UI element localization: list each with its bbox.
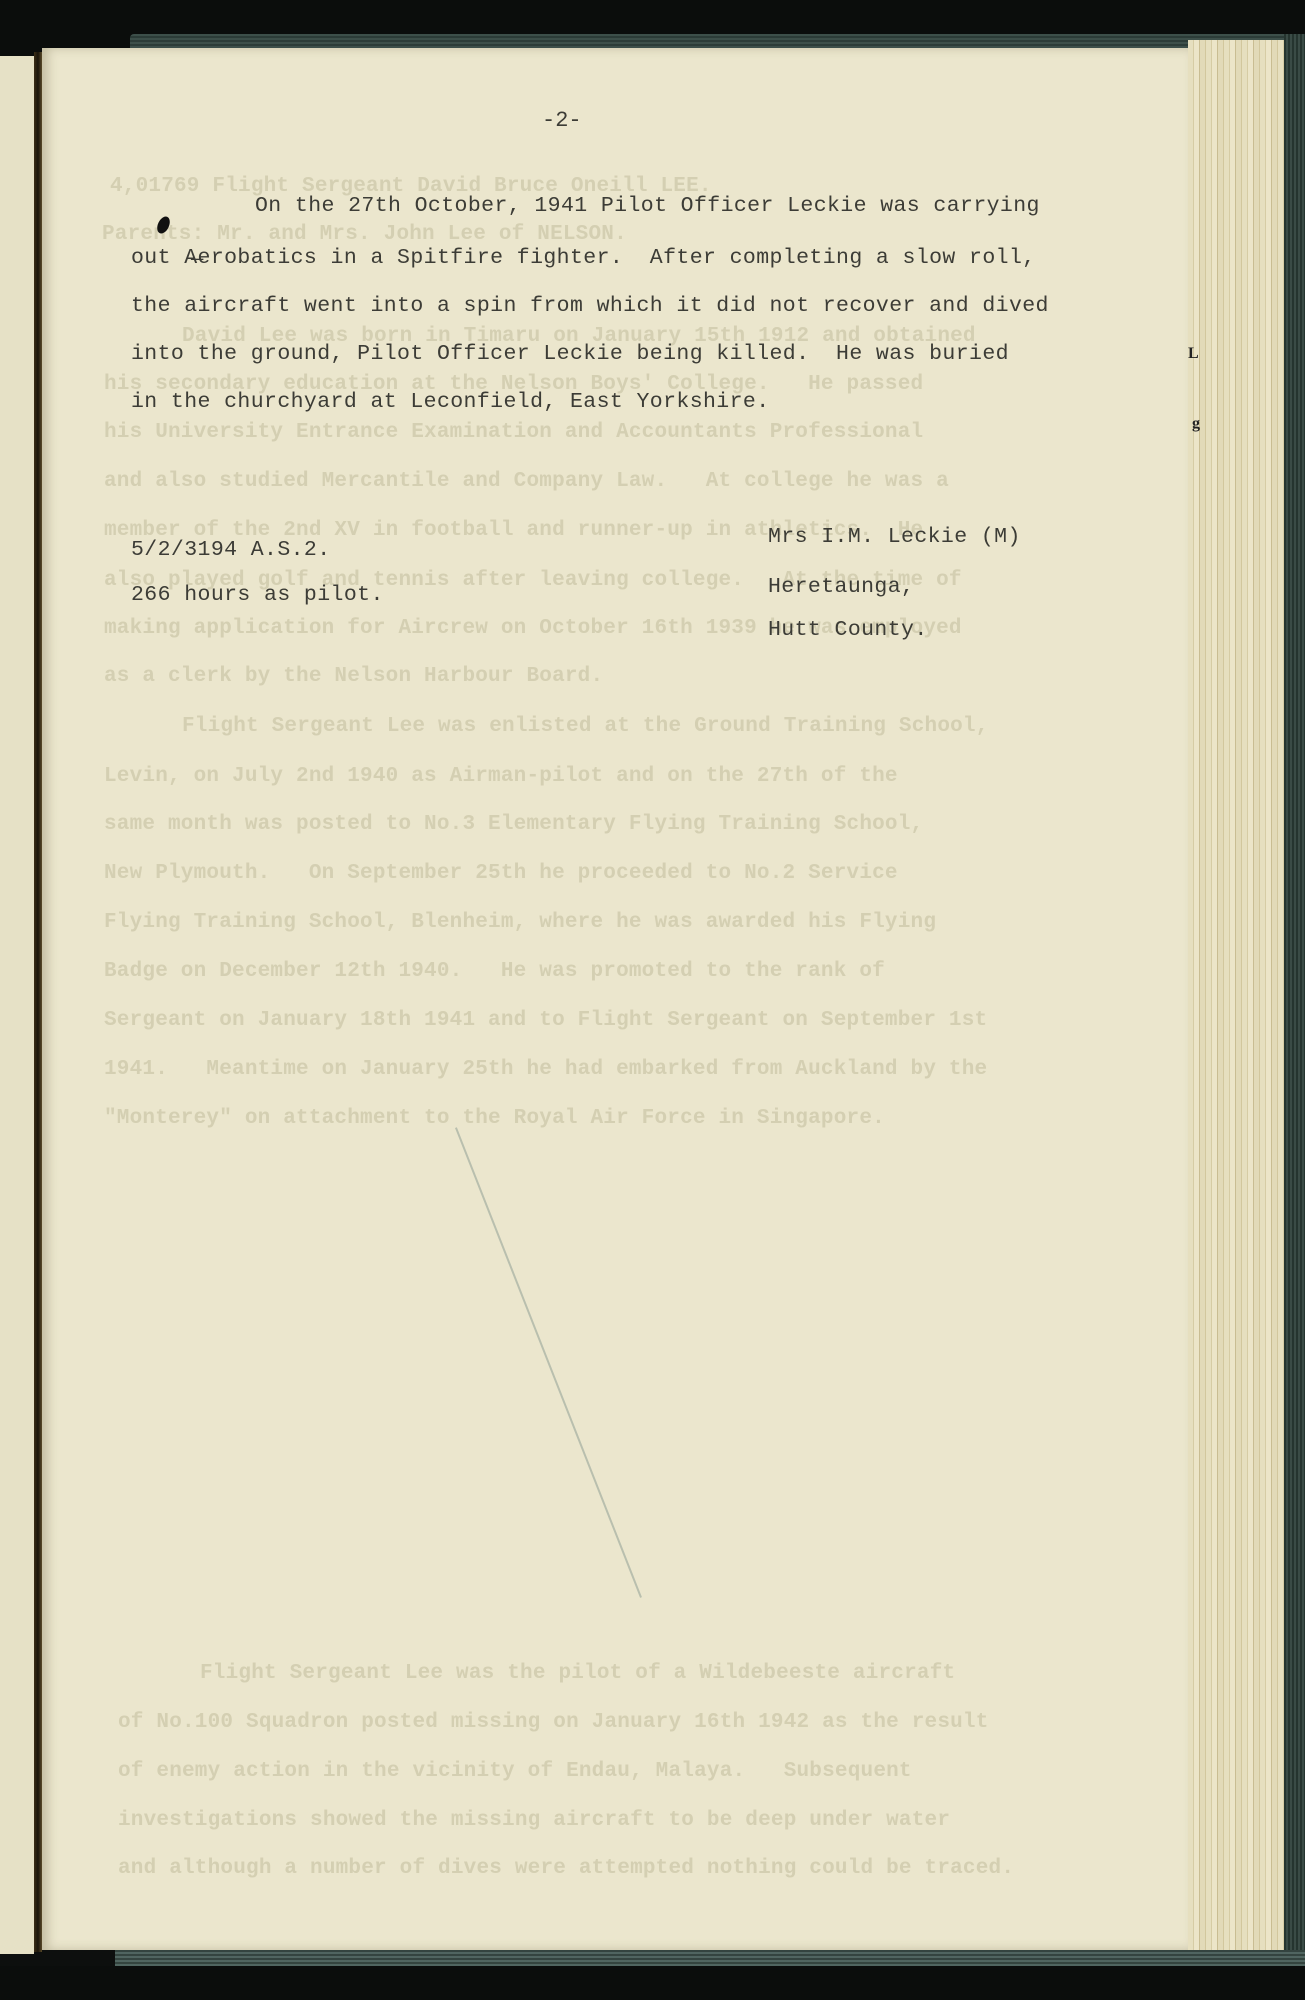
book-cover-bottom (0, 1966, 1305, 2000)
show-through-line: and also studied Mercantile and Company … (104, 471, 949, 492)
show-through-line: and although a number of dives were atte… (118, 1858, 1014, 1879)
edge-mark-l: L (1188, 345, 1199, 363)
show-through-line: of enemy action in the vicinity of Endau… (118, 1761, 912, 1782)
show-through-line: Parents: Mr. and Mrs. John Lee of NELSON… (102, 224, 627, 245)
show-through-line: as a clerk by the Nelson Harbour Board. (104, 666, 603, 687)
page-number: -2- (542, 108, 582, 133)
show-through-line: Badge on December 12th 1940. He was prom… (104, 961, 885, 982)
show-through-line: his University Entrance Examination and … (104, 422, 923, 443)
body-line: On the 27th October, 1941 Pilot Officer … (255, 196, 1040, 218)
flying-hours: 266 hours as pilot. (131, 585, 384, 607)
edge-mark-g: g (1192, 415, 1200, 433)
show-through-line: Flight Sergeant Lee was enlisted at the … (182, 716, 989, 737)
document-page: 4,01769 Flight Sergeant David Bruce Onei… (42, 48, 1188, 1950)
next-of-kin-name: Mrs I.M. Leckie (M) (768, 527, 1021, 549)
body-line: in the churchyard at Leconfield, East Yo… (131, 392, 770, 414)
body-line: into the ground, Pilot Officer Leckie be… (131, 344, 1009, 366)
show-through-line: New Plymouth. On September 25th he proce… (104, 863, 898, 884)
next-of-kin-address-1: Heretaunga, (768, 577, 914, 599)
file-number: 5/2/3194 A.S.2. (131, 540, 331, 562)
next-of-kin-address-2: Hutt County. (768, 620, 928, 642)
body-line: out A̶erobatics in a Spitfire fighter. A… (131, 248, 1036, 270)
show-through-line: of No.100 Squadron posted missing on Jan… (118, 1712, 989, 1733)
show-through-line: Flight Sergeant Lee was the pilot of a W… (200, 1663, 955, 1684)
left-page-edge (0, 56, 34, 1954)
show-through-line: investigations showed the missing aircra… (118, 1810, 950, 1831)
show-through-line: Levin, on July 2nd 1940 as Airman-pilot … (104, 766, 898, 787)
show-through-line: 1941. Meantime on January 25th he had em… (104, 1059, 987, 1080)
show-through-line: "Monterey" on attachment to the Royal Ai… (104, 1108, 885, 1129)
show-through-line: same month was posted to No.3 Elementary… (104, 814, 923, 835)
binding-cloth-right (1284, 34, 1305, 1994)
body-line: the aircraft went into a spin from which… (131, 296, 1049, 318)
page-stack-edges: L g (1188, 40, 1284, 1950)
show-through-line: Sergeant on January 18th 1941 and to Fli… (104, 1010, 987, 1031)
show-through-line: Flying Training School, Blenheim, where … (104, 912, 936, 933)
book-gutter (34, 52, 42, 1952)
